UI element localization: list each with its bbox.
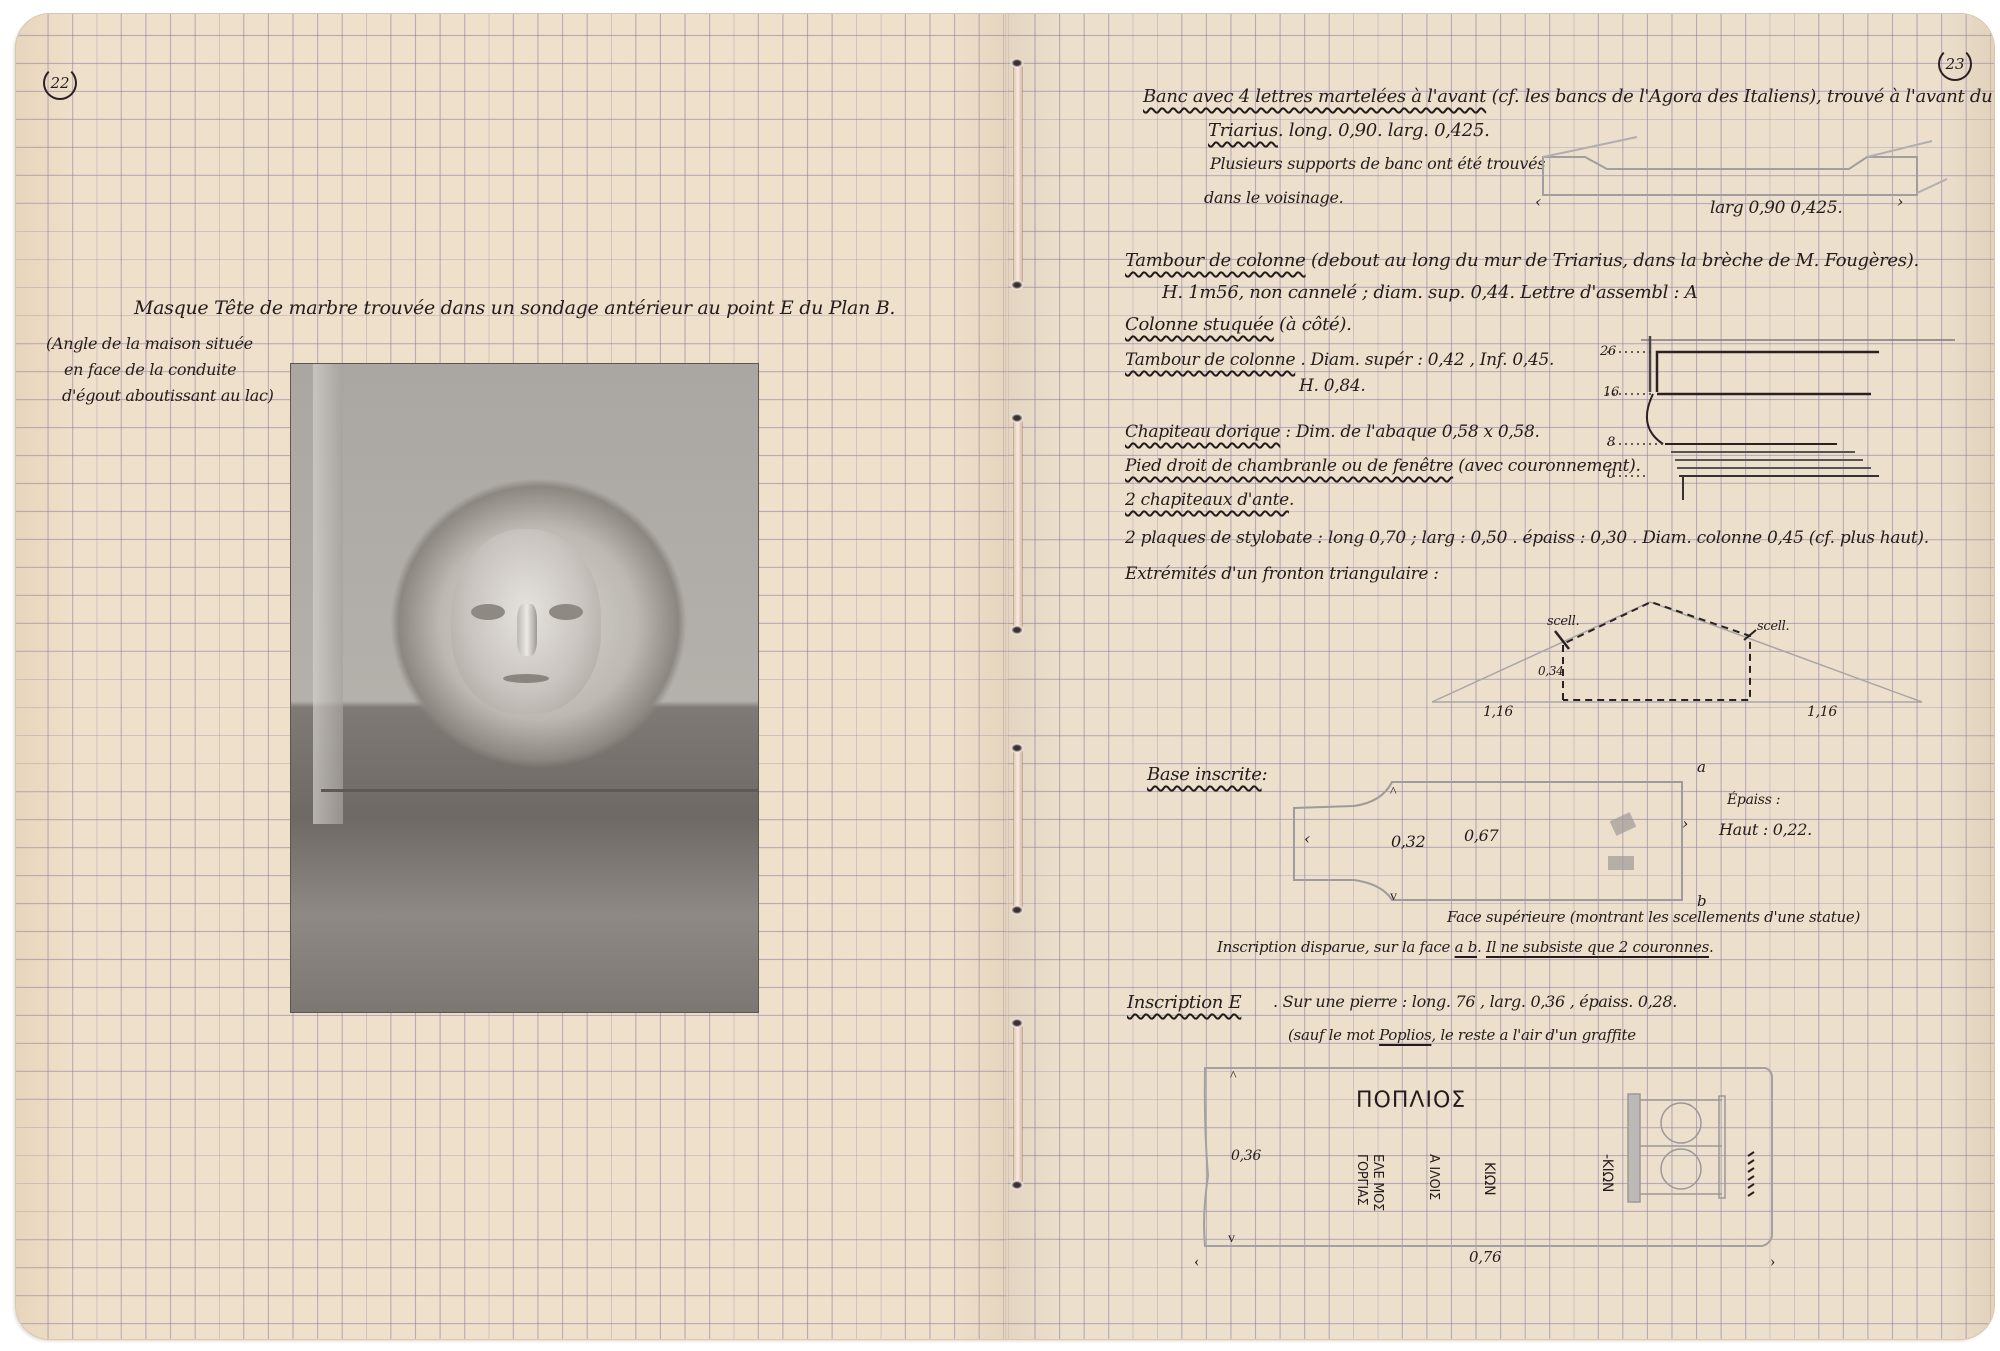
photo-table-edge — [321, 789, 758, 792]
photo-nose — [517, 604, 537, 656]
entry-banc-line-1: Banc avec 4 lettres martelées à l'avant … — [1143, 86, 1994, 107]
svg-text:›: › — [1770, 1253, 1775, 1270]
svg-text:^: ^ — [1230, 1069, 1237, 1084]
pediment-right-length: 1,16 — [1807, 704, 1837, 720]
greek-col-elemos: ΕΛΕ ΜΟΣ — [1370, 1154, 1385, 1211]
greek-col-kion-2: -ΚΙΩΝ — [1599, 1154, 1615, 1192]
base-left-arrow: ‹ — [1304, 829, 1310, 848]
base-epaiss-label: Épaiss : — [1727, 792, 1780, 808]
capital-profile-drawing — [1625, 332, 1985, 512]
base-height-label: Haut : 0,22. — [1719, 820, 1812, 839]
entry-chapiteaux-ante: 2 chapiteaux d'ante. — [1125, 490, 1294, 510]
base-corner-a: a — [1697, 758, 1706, 776]
right-page: 23 Banc avec 4 lettres martelées à l'ava… — [1007, 14, 1994, 1339]
entry-fronton: Extrémités d'un fronton triangulaire : — [1125, 564, 1439, 584]
photo-eye-left — [471, 604, 505, 620]
page-number-left: 22 — [43, 66, 77, 100]
side-note-line-3: d'égout aboutissant au lac) — [62, 386, 274, 405]
entry-banc-line-2: Triarius. long. 0,90. larg. 0,425. — [1208, 120, 1490, 141]
entry-tambour-2: Tambour de colonne . Diam. supér : 0,42 … — [1125, 350, 1554, 370]
pediment-height-label: 0,34 — [1538, 664, 1564, 678]
photo-wall-corner — [313, 364, 343, 824]
greek-col-kion: ΚΙΩΝ — [1481, 1162, 1497, 1195]
base-right-arrow: › — [1682, 814, 1688, 833]
photo-eye-right — [549, 604, 583, 620]
left-page: 22 Masque Tête de marbre trouvée dans un… — [16, 14, 1007, 1339]
base-plan-drawing: ^ v — [1292, 776, 1712, 906]
entry-inscription-e: Inscription E — [1127, 992, 1241, 1013]
svg-text:v: v — [1228, 1231, 1235, 1246]
svg-text:v: v — [1390, 889, 1397, 904]
entry-banc-line-3: Plusieurs supports de banc ont été trouv… — [1210, 154, 1545, 173]
open-notebook: 22 Masque Tête de marbre trouvée dans un… — [16, 14, 1994, 1339]
base-dim-width: 0,32 — [1391, 832, 1425, 851]
profile-label-26: 26 — [1600, 344, 1616, 359]
bench-left-arrow: ‹ — [1535, 192, 1541, 211]
photo-caption: Masque Tête de marbre trouvée dans un so… — [134, 297, 895, 319]
scell-right-label: scell. — [1757, 619, 1789, 634]
entry-pied-droit: Pied droit de chambranle ou de fenêtre (… — [1125, 456, 1641, 476]
bench-sketch — [1527, 129, 1987, 199]
base-caption-inscription: Inscription disparue, sur la face a b. I… — [1217, 938, 1713, 956]
marble-head-photograph — [291, 364, 758, 1012]
binding-stitch-4 — [1014, 1024, 1022, 1184]
side-note-line-1: (Angle de la maison située — [46, 334, 253, 353]
stone-height-label: 0,36 — [1231, 1148, 1261, 1164]
entry-tambour-1-detail: H. 1m56, non cannelé ; diam. sup. 0,44. … — [1162, 282, 1697, 303]
entry-chapiteau: Chapiteau dorique : Dim. de l'abaque 0,5… — [1125, 422, 1540, 442]
pediment-drawing — [1422, 594, 1932, 714]
entry-banc-title: Banc avec 4 lettres martelées à l'avant — [1143, 86, 1486, 107]
pediment-left-length: 1,16 — [1483, 704, 1513, 720]
base-caption-face: Face supérieure (montrant les scellement… — [1447, 908, 1860, 926]
side-note-line-2: en face de la conduite — [64, 360, 236, 379]
stone-length-label: 0,76 — [1469, 1248, 1501, 1266]
svg-text:‹: ‹ — [1194, 1253, 1199, 1270]
entry-plaques-stylobate: 2 plaques de stylobate : long 0,70 ; lar… — [1125, 528, 1929, 548]
bench-right-arrow: › — [1897, 192, 1903, 211]
photo-mouth — [503, 674, 549, 683]
entry-tambour-1: Tambour de colonne (debout au long du mu… — [1125, 250, 1919, 271]
svg-text:^: ^ — [1390, 785, 1397, 800]
entry-base-inscrite: Base inscrite: — [1147, 764, 1267, 785]
profile-label-8: 8 — [1607, 435, 1615, 450]
inscription-e-dimensions: . Sur une pierre : long. 76 , larg. 0,36… — [1273, 992, 1677, 1011]
entry-tambour-2-height: H. 0,84. — [1299, 376, 1366, 396]
greek-col-gorgias: ΓΟΡΓΙΑΣ — [1354, 1154, 1369, 1205]
notebook-spine — [1005, 14, 1009, 1339]
profile-label-16: 16 — [1603, 385, 1619, 400]
binding-stitch-3 — [1014, 749, 1022, 909]
scell-left-label: scell. — [1547, 614, 1579, 629]
page-number-right: 23 — [1938, 47, 1972, 81]
entry-banc-line-4: dans le voisinage. — [1204, 188, 1343, 207]
binding-stitch-1 — [1014, 64, 1022, 284]
entry-colonne: Colonne stuquée (à côté). — [1125, 314, 1352, 335]
binding-stitch-2 — [1014, 419, 1022, 629]
base-dim-length: 0,67 — [1464, 826, 1498, 845]
greek-col-ailois: Α ΙΛΟΙΣ — [1426, 1154, 1441, 1200]
greek-poplios: ΠΟΠΛΙΟΣ — [1356, 1088, 1466, 1113]
bench-dimension-label: larg 0,90 0,425. — [1710, 198, 1843, 218]
inscription-e-note: (sauf le mot Poplios, le reste a l'air d… — [1288, 1026, 1636, 1044]
